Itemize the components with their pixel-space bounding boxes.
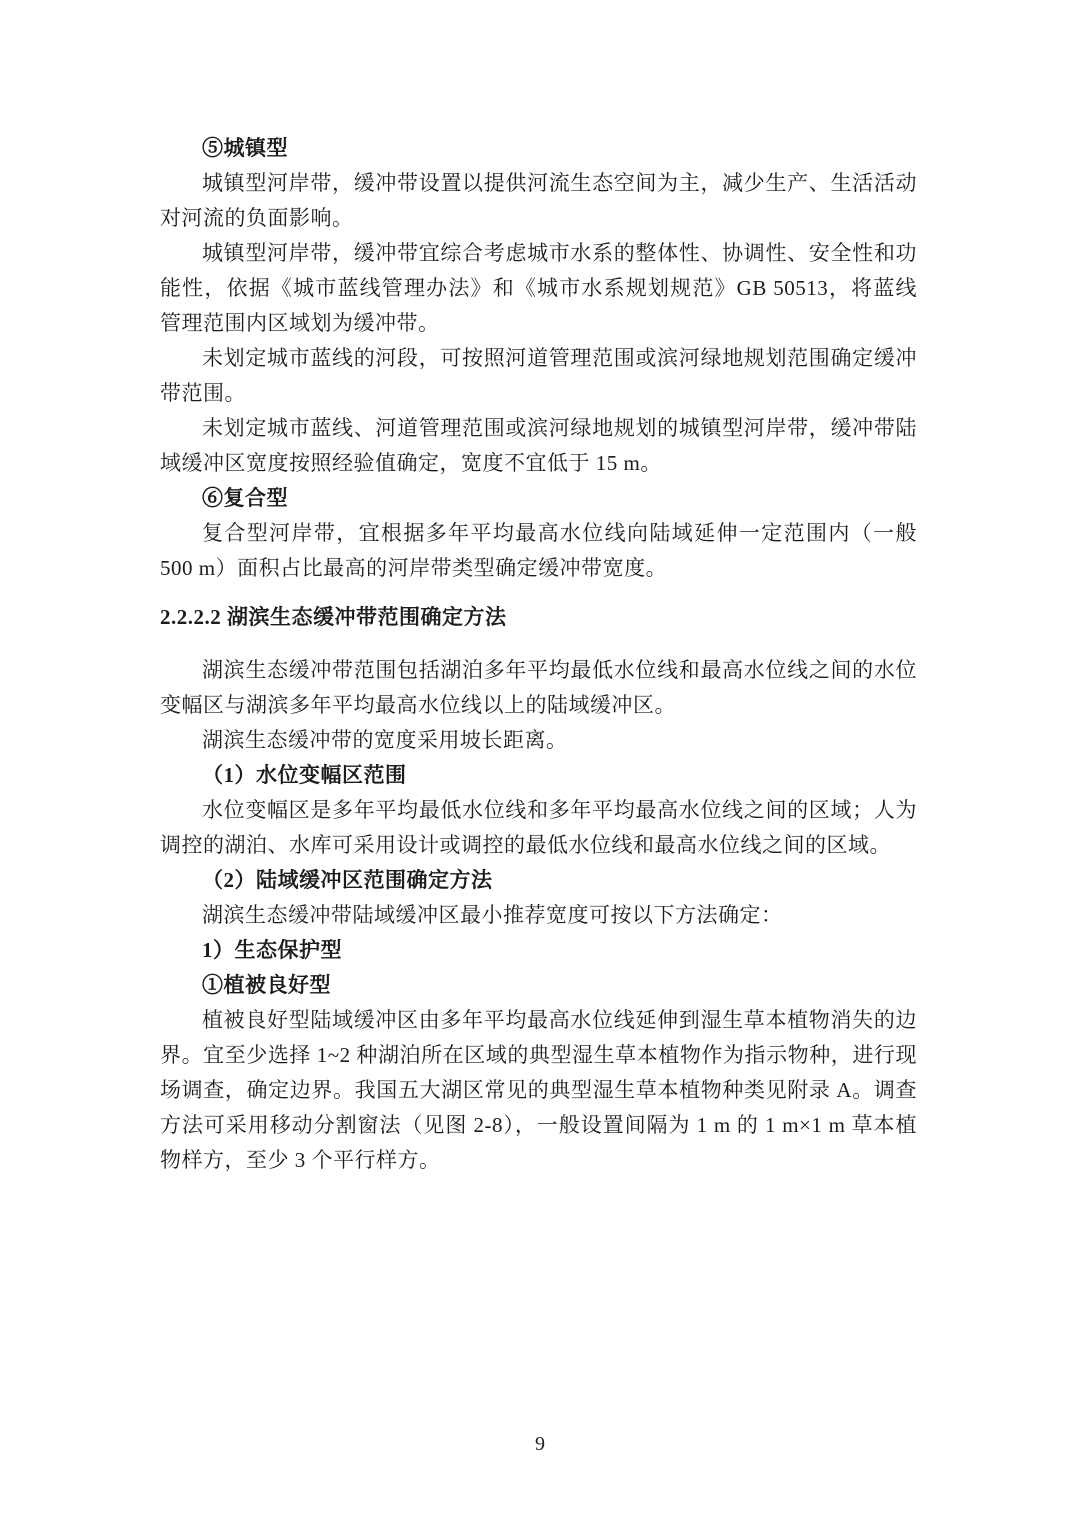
paragraph: 湖滨生态缓冲带陆域缓冲区最小推荐宽度可按以下方法确定：	[160, 898, 917, 933]
heading-land-buffer-method: （2）陆域缓冲区范围确定方法	[160, 863, 917, 898]
paragraph: 水位变幅区是多年平均最低水位线和多年平均最高水位线之间的区域；人为调控的湖泊、水…	[160, 793, 917, 863]
paragraph: 城镇型河岸带，缓冲带设置以提供河流生态空间为主，减少生产、生活活动对河流的负面影…	[160, 166, 917, 236]
paragraph: 湖滨生态缓冲带范围包括湖泊多年平均最低水位线和最高水位线之间的水位变幅区与湖滨多…	[160, 653, 917, 723]
section-heading-2-2-2-2: 2.2.2.2 湖滨生态缓冲带范围确定方法	[160, 600, 917, 635]
paragraph: 复合型河岸带，宜根据多年平均最高水位线向陆域延伸一定范围内（一般 500 m）面…	[160, 516, 917, 586]
heading-good-vegetation-type: ①植被良好型	[160, 968, 917, 1003]
paragraph: 城镇型河岸带，缓冲带宜综合考虑城市水系的整体性、协调性、安全性和功能性，依据《城…	[160, 236, 917, 341]
document-page: ⑤城镇型 城镇型河岸带，缓冲带设置以提供河流生态空间为主，减少生产、生活活动对河…	[0, 0, 1080, 1526]
paragraph: 湖滨生态缓冲带的宽度采用坡长距离。	[160, 723, 917, 758]
paragraph: 未划定城市蓝线、河道管理范围或滨河绿地规划的城镇型河岸带，缓冲带陆域缓冲区宽度按…	[160, 411, 917, 481]
heading-urban-type: ⑤城镇型	[160, 131, 917, 166]
paragraph: 植被良好型陆域缓冲区由多年平均最高水位线延伸到湿生草本植物消失的边界。宜至少选择…	[160, 1003, 917, 1178]
page-number: 9	[0, 1430, 1080, 1458]
paragraph: 未划定城市蓝线的河段，可按照河道管理范围或滨河绿地规划范围确定缓冲带范围。	[160, 341, 917, 411]
heading-eco-protection-type: 1）生态保护型	[160, 933, 917, 968]
heading-composite-type: ⑥复合型	[160, 481, 917, 516]
heading-water-level-zone: （1）水位变幅区范围	[160, 758, 917, 793]
document-body: ⑤城镇型 城镇型河岸带，缓冲带设置以提供河流生态空间为主，减少生产、生活活动对河…	[160, 131, 917, 1178]
